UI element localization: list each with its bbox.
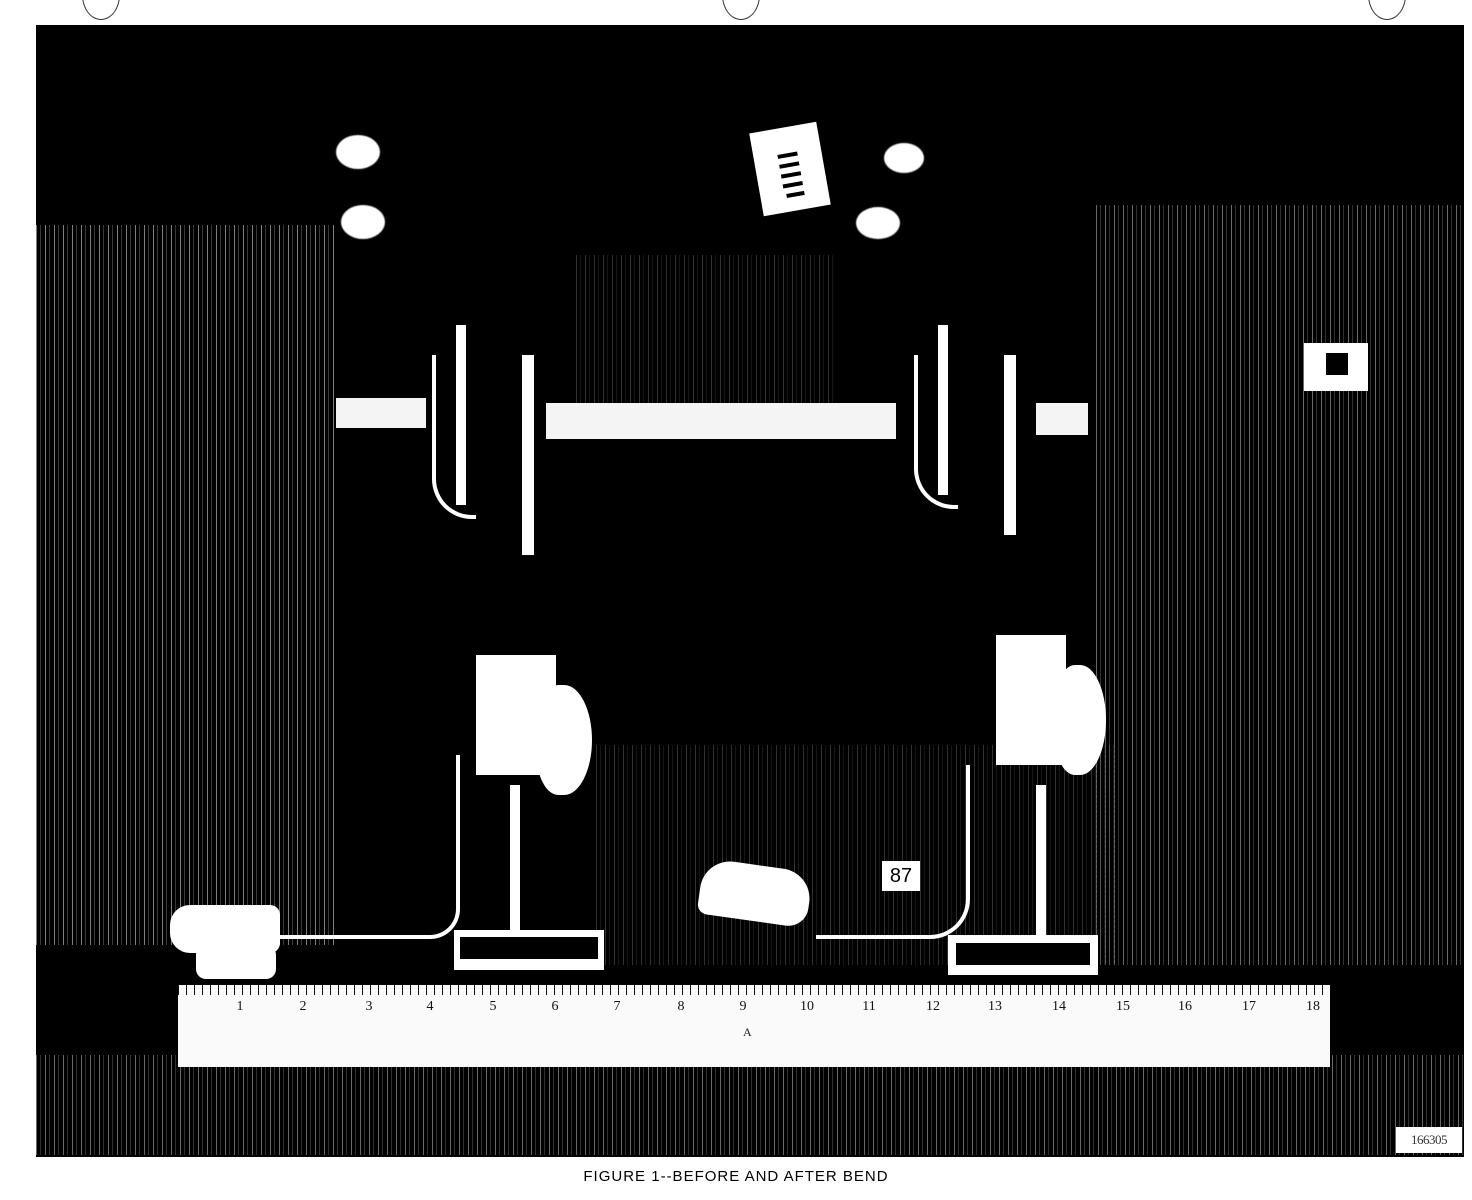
ruler-number: 4 — [415, 999, 445, 1015]
ruler-number: 10 — [792, 999, 822, 1015]
insulator-left-upper — [336, 135, 380, 169]
ruler-number: 8 — [666, 999, 696, 1015]
right-assembly-side-rod — [1004, 355, 1016, 535]
support-beam-left — [336, 398, 426, 428]
ruler-sublabel: A — [743, 1025, 752, 1040]
ruler-ticks — [178, 985, 1330, 995]
ruler-number: 14 — [1044, 999, 1074, 1015]
binder-punch-hole-center — [722, 0, 760, 20]
binder-punch-hole-left — [82, 0, 120, 20]
binder-punch-hole-right — [1368, 0, 1406, 20]
label-card-right — [1304, 343, 1368, 391]
specimen-tag: 87 — [882, 861, 920, 891]
ruler-number: 13 — [980, 999, 1010, 1015]
plate-number: 166305 — [1396, 1127, 1462, 1153]
right-bent-conductor — [816, 765, 970, 939]
floor-texture — [36, 1055, 1464, 1155]
right-assembly-boot — [1054, 665, 1106, 775]
left-bent-conductor — [276, 755, 460, 939]
ruler-number: 16 — [1170, 999, 1200, 1015]
support-beam-center — [546, 403, 896, 439]
background-texture-right — [1096, 205, 1464, 965]
left-assembly-base-inner — [460, 937, 598, 959]
left-assembly-boot — [536, 685, 592, 795]
ruler-number: 6 — [540, 999, 570, 1015]
left-assembly-side-rod — [522, 355, 534, 555]
ruler-number: 7 — [602, 999, 632, 1015]
background-texture-center — [576, 255, 836, 415]
support-beam-right — [1036, 403, 1088, 435]
ruler-number: 18 — [1298, 999, 1328, 1015]
ruler-number: 5 — [478, 999, 508, 1015]
insulator-right-upper — [884, 143, 924, 173]
ruler-number: 17 — [1234, 999, 1264, 1015]
label-card-top — [749, 122, 831, 217]
ruler-number: 11 — [854, 999, 884, 1015]
ruler-number: 9 — [728, 999, 758, 1015]
left-assembly-cable — [432, 355, 476, 519]
ruler-number: 15 — [1108, 999, 1138, 1015]
figure-caption: FIGURE 1--BEFORE AND AFTER BEND — [0, 1168, 1472, 1185]
ruler-number: 12 — [918, 999, 948, 1015]
ruler-number: 3 — [354, 999, 384, 1015]
insulator-left-lower — [341, 205, 385, 239]
right-assembly-base-inner — [956, 943, 1090, 965]
figure-photograph: 87 1 2 3 4 5 6 7 8 9 10 11 12 13 14 15 1… — [36, 25, 1464, 1157]
ruler-number: 1 — [225, 999, 255, 1015]
left-end-fitting-base — [196, 945, 276, 979]
insulator-right-lower — [856, 207, 900, 239]
right-assembly-cable — [914, 355, 958, 509]
measurement-ruler: 1 2 3 4 5 6 7 8 9 10 11 12 13 14 15 16 1… — [178, 985, 1330, 1067]
ruler-number: 2 — [288, 999, 318, 1015]
